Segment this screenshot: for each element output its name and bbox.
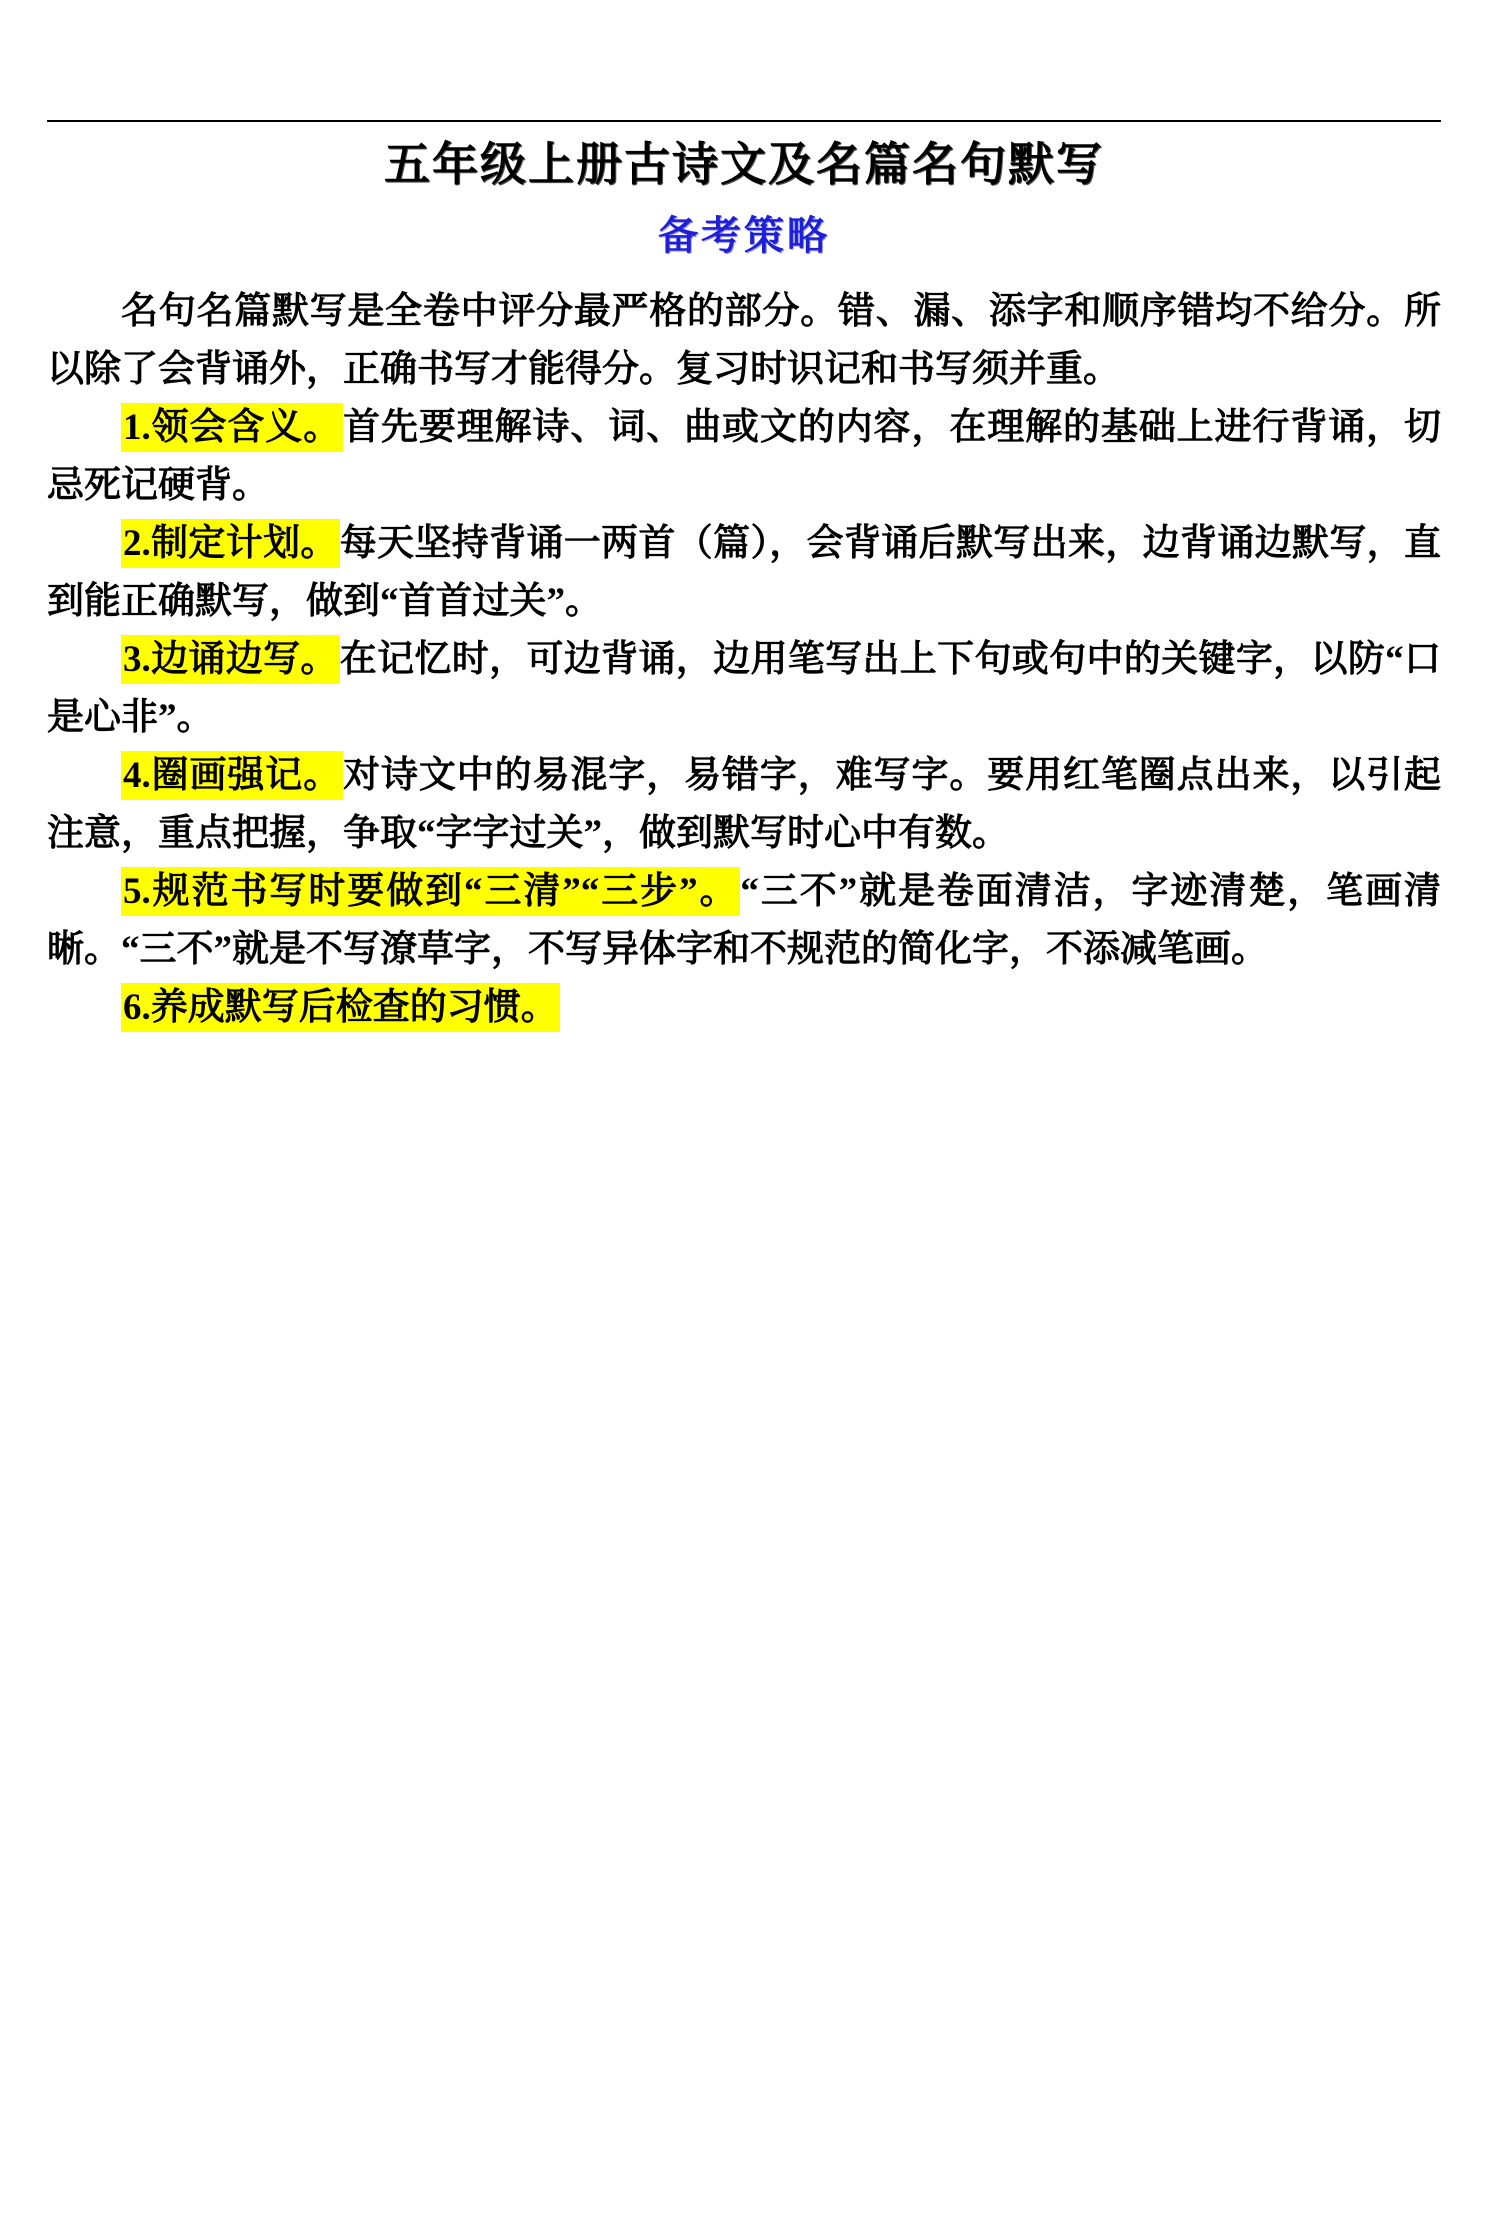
document-page: 五年级上册古诗文及名篇名句默写 备考策略 名句名篇默写是全卷中评分最严格的部分。… (0, 120, 1488, 2225)
top-rule (47, 120, 1441, 122)
strategy-item-4: 4.圈画强记。对诗文中的易混字，易错字，难写字。要用红笔圈点出来，以引起注意，重… (47, 747, 1441, 863)
page-subtitle: 备考策略 (47, 204, 1441, 261)
item-3-highlight: 3.边诵边写。 (121, 635, 340, 684)
strategy-item-5: 5.规范书写时要做到“三清”“三步”。“三不”就是卷面清洁，字迹清楚，笔画清晰。… (47, 863, 1441, 979)
item-2-highlight: 2.制定计划。 (121, 519, 340, 568)
strategy-item-3: 3.边诵边写。在记忆时，可边背诵，边用笔写出上下句或句中的关键字，以防“口是心非… (47, 631, 1441, 747)
item-4-highlight: 4.圈画强记。 (121, 751, 343, 800)
item-1-highlight: 1.领会含义。 (121, 403, 343, 452)
document-body: 名句名篇默写是全卷中评分最严格的部分。错、漏、添字和顺序错均不给分。所以除了会背… (47, 283, 1441, 1037)
item-6-highlight: 6.养成默写后检查的习惯。 (121, 983, 560, 1032)
strategy-item-1: 1.领会含义。首先要理解诗、词、曲或文的内容，在理解的基础上进行背诵，切忌死记硬… (47, 399, 1441, 515)
page-title: 五年级上册古诗文及名篇名句默写 (47, 128, 1441, 194)
item-5-highlight: 5.规范书写时要做到“三清”“三步”。 (121, 867, 740, 916)
strategy-item-2: 2.制定计划。每天坚持背诵一两首（篇），会背诵后默写出来，边背诵边默写，直到能正… (47, 515, 1441, 631)
strategy-item-6: 6.养成默写后检查的习惯。 (47, 979, 1441, 1037)
intro-paragraph: 名句名篇默写是全卷中评分最严格的部分。错、漏、添字和顺序错均不给分。所以除了会背… (47, 283, 1441, 399)
